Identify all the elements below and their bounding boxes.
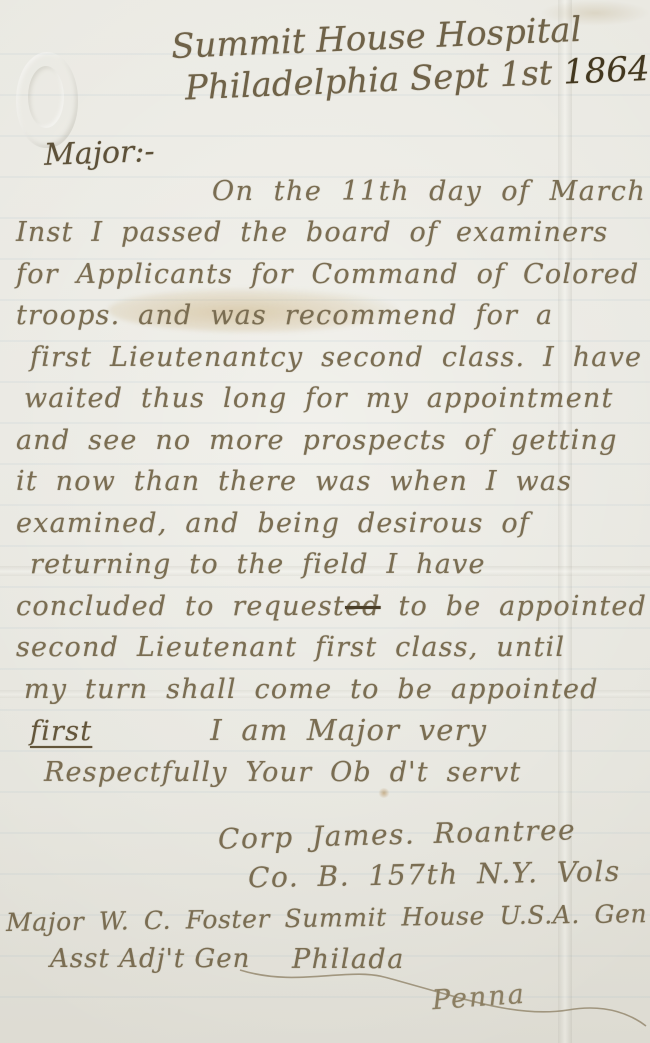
- body-text: concluded to request: [16, 591, 345, 622]
- closing-line: Respectfully Your Ob d't servt: [16, 752, 647, 794]
- body-line-with-underline: firstI am Major very: [16, 710, 647, 752]
- body-line: Inst I passed the board of examiners: [16, 212, 647, 254]
- body-line: examined, and being desirous of: [16, 503, 647, 545]
- letter-heading: Summit House Hospital Philadelphia Sept …: [170, 6, 650, 110]
- body-line: it now than there was when I was: [16, 461, 647, 503]
- underlined-text: first: [30, 716, 92, 747]
- body-line: waited thus long for my appointment: [16, 378, 647, 420]
- body-text: I am Major very: [210, 713, 487, 747]
- embossed-seal-icon: [16, 52, 78, 148]
- opening-line: On the 11th day of March: [212, 176, 646, 207]
- signature-name: Corp James. Roantree: [218, 813, 577, 855]
- body-line: and see no more prospects of getting: [16, 420, 647, 462]
- letter-scan: Summit House Hospital Philadelphia Sept …: [0, 0, 650, 1043]
- body-text: to be appointed: [381, 591, 647, 622]
- body-line: troops. and was recommend for a: [16, 295, 647, 337]
- body-line: second Lieutenant first class, until: [16, 627, 647, 669]
- salutation: Major:-: [43, 134, 155, 173]
- body-line: returning to the field I have: [16, 544, 647, 586]
- signature-unit: Co. B. 157th N.Y. Vols: [248, 855, 621, 894]
- address-line-state: Penna: [431, 979, 527, 1016]
- body-line: my turn shall come to be appointed: [16, 669, 647, 711]
- body-line: for Applicants for Command of Colored: [16, 254, 647, 296]
- year-text: 1864: [562, 49, 650, 93]
- address-line-title: Asst Adj't Gen: [50, 944, 250, 974]
- body-line: first Lieutenantcy second class. I have: [16, 337, 647, 379]
- address-line-recipient: Major W. C. Foster Summit House U.S.A. G…: [6, 898, 650, 937]
- body-line-with-strikethrough: concluded to requested to be appointed: [16, 586, 647, 628]
- letter-body: Inst I passed the board of examiners for…: [16, 212, 647, 793]
- address-line-city: Philada: [292, 944, 405, 975]
- struck-text: ed: [345, 591, 381, 622]
